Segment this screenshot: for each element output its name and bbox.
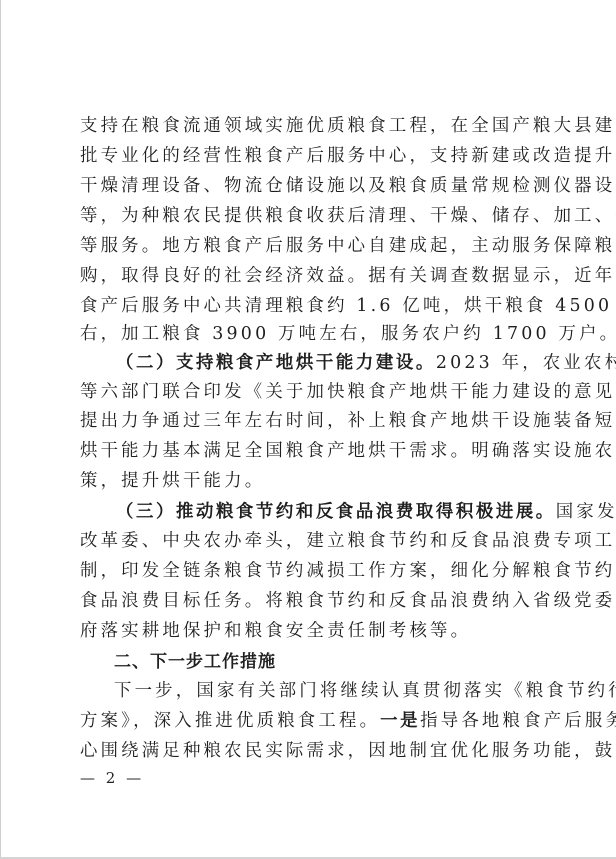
- text-line: 等六部门联合印发《关于加快粮食产地烘干能力建设的意见》，: [80, 377, 540, 407]
- text-line: 府落实耕地保护和粮食安全责任制考核等。: [80, 616, 540, 646]
- text-line: 方案》，深入推进优质粮食工程。一是指导各地粮食产后服务中: [80, 706, 540, 736]
- text-line: 策，提升烘干能力。: [80, 466, 540, 496]
- section-3-lead-text: 国家发展: [556, 502, 616, 522]
- section-2-first-line: （二）支持粮食产地烘干能力建设。2023 年，农业农村部: [116, 348, 540, 378]
- text-segment: 指导各地粮食产后服务中: [420, 711, 616, 731]
- text-line: 食品浪费目标任务。将粮食节约和反食品浪费纳入省级党委和政: [80, 586, 540, 616]
- text-line: 购，取得良好的社会经济效益。据有关调查数据显示，近年来粮: [80, 261, 540, 291]
- page-left-border: [0, 0, 1, 859]
- text-line: 下一步，国家有关部门将继续认真贯彻落实《粮食节约行动: [114, 676, 540, 706]
- text-line: 提出力争通过三年左右时间，补上粮食产地烘干设施装备短板，: [80, 406, 540, 436]
- text-line: 右，加工粮食 3900 万吨左右，服务农户约 1700 万户。: [80, 319, 540, 349]
- section-2-title: （二）支持粮食产地烘干能力建设。: [116, 353, 436, 373]
- text-line: 等服务。地方粮食产后服务中心自建成起，主动服务保障粮食收: [80, 231, 540, 261]
- section-3-first-line: （三）推动粮食节约和反食品浪费取得积极进展。国家发展: [116, 497, 540, 527]
- text-line: 心围绕满足种粮农民实际需求，因地制宜优化服务功能，鼓励有: [80, 736, 540, 766]
- text-line: 烘干能力基本满足全国粮食产地烘干需求。明确落实设施农业政: [80, 436, 540, 466]
- text-line: 制，印发全链条粮食节约减损工作方案，细化分解粮食节约和反: [80, 556, 540, 586]
- text-line: 批专业化的经营性粮食产后服务中心，支持新建或改造提升粮食: [80, 141, 540, 171]
- text-line: 改革委、中央农办牵头，建立粮食节约和反食品浪费专项工作机: [80, 526, 540, 556]
- section-2-lead-text: 2023 年，农业农村部: [436, 353, 616, 373]
- text-segment: 方案》，深入推进优质粮食工程。: [80, 711, 380, 731]
- emphasis-first: 一是: [380, 711, 420, 731]
- text-line: 食产后服务中心共清理粮食约 1.6 亿吨，烘干粮食 4500 万吨左: [80, 291, 540, 321]
- next-steps-heading: 二、下一步工作措施: [114, 647, 574, 677]
- text-line: 等，为种粮农民提供粮食收获后清理、干燥、储存、加工、销售: [80, 201, 540, 231]
- page-number: — 2 —: [80, 763, 144, 793]
- section-3-title: （三）推动粮食节约和反食品浪费取得积极进展。: [116, 502, 556, 522]
- text-line: 干燥清理设备、物流仓储设施以及粮食质量常规检测仪器设备: [80, 171, 540, 201]
- text-line: 支持在粮食流通领域实施优质粮食工程，在全国产粮大县建设一: [80, 111, 540, 141]
